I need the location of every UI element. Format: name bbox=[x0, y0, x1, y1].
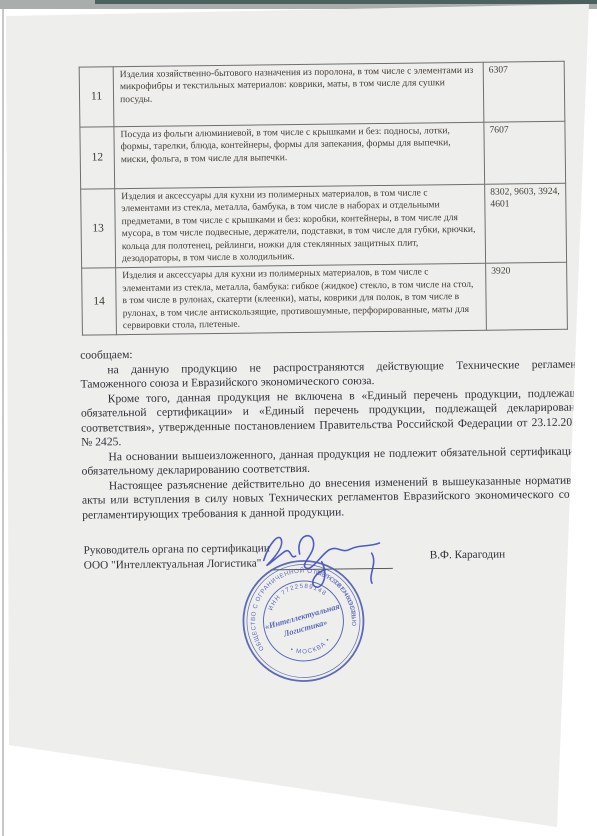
stamp-outer-text: ОБЩЕСТВО С ОГРАНИЧЕННОЙ ОТВЕТСТВЕННОСТЬЮ bbox=[239, 556, 361, 654]
row-code: 6307 bbox=[483, 61, 565, 122]
row-number: 14 bbox=[82, 268, 117, 335]
stamp-ogrn-text: ОГРН 5087746195981 bbox=[313, 563, 357, 627]
body-text: сообщаем: на данную продукцию не распрос… bbox=[80, 342, 591, 522]
row-description: Изделия хозяйственно-бытового назначения… bbox=[113, 62, 484, 127]
row-number: 11 bbox=[79, 67, 114, 127]
row-description: Изделия и аксессуары для кухни из полиме… bbox=[115, 184, 486, 268]
document-page: 11 Изделия хозяйственно-бытового назначе… bbox=[0, 0, 597, 836]
stamp-second-ring bbox=[239, 556, 369, 686]
scanner-left-edge-line bbox=[2, 9, 4, 836]
stamp-outer-ring bbox=[239, 556, 369, 686]
row-number: 12 bbox=[80, 127, 115, 189]
table-row: 13 Изделия и аксессуары для кухни из пол… bbox=[81, 183, 567, 268]
scanned-document-page: { "doc": { "table": { "rows": [ { "num":… bbox=[0, 0, 597, 836]
stamp-city-text: • МОСКВА • bbox=[288, 635, 334, 660]
table-row: 11 Изделия хозяйственно-бытового назначе… bbox=[79, 61, 565, 127]
row-description: Посуда из фольги алюминиевой, в том числ… bbox=[114, 122, 485, 189]
body-paragraph: Настоящее разъяснение действительно до в… bbox=[82, 473, 591, 523]
body-paragraph: Кроме того, данная продукция не включена… bbox=[81, 386, 591, 450]
stamp-rings bbox=[239, 556, 369, 686]
products-table: 11 Изделия хозяйственно-бытового назначе… bbox=[79, 61, 568, 336]
row-code: 8302, 9603, 3924, 4601 bbox=[485, 183, 567, 263]
row-code: 7607 bbox=[484, 121, 566, 184]
row-description: Изделия и аксессуары для кухни из полиме… bbox=[116, 264, 487, 336]
table-row: 12 Посуда из фольги алюминиевой, в том ч… bbox=[80, 121, 566, 189]
row-number: 13 bbox=[81, 189, 116, 269]
table-row: 14 Изделия и аксессуары для кухни из пол… bbox=[82, 263, 568, 336]
page-content: 11 Изделия хозяйственно-бытового назначе… bbox=[0, 0, 597, 836]
company-round-stamp: ОБЩЕСТВО С ОГРАНИЧЕННОЙ ОТВЕТСТВЕННОСТЬЮ… bbox=[239, 556, 369, 686]
scanner-top-dark-edge bbox=[95, 0, 597, 4]
signature-name: В.Ф. Карагодин bbox=[430, 549, 506, 562]
row-code: 3920 bbox=[486, 263, 568, 331]
